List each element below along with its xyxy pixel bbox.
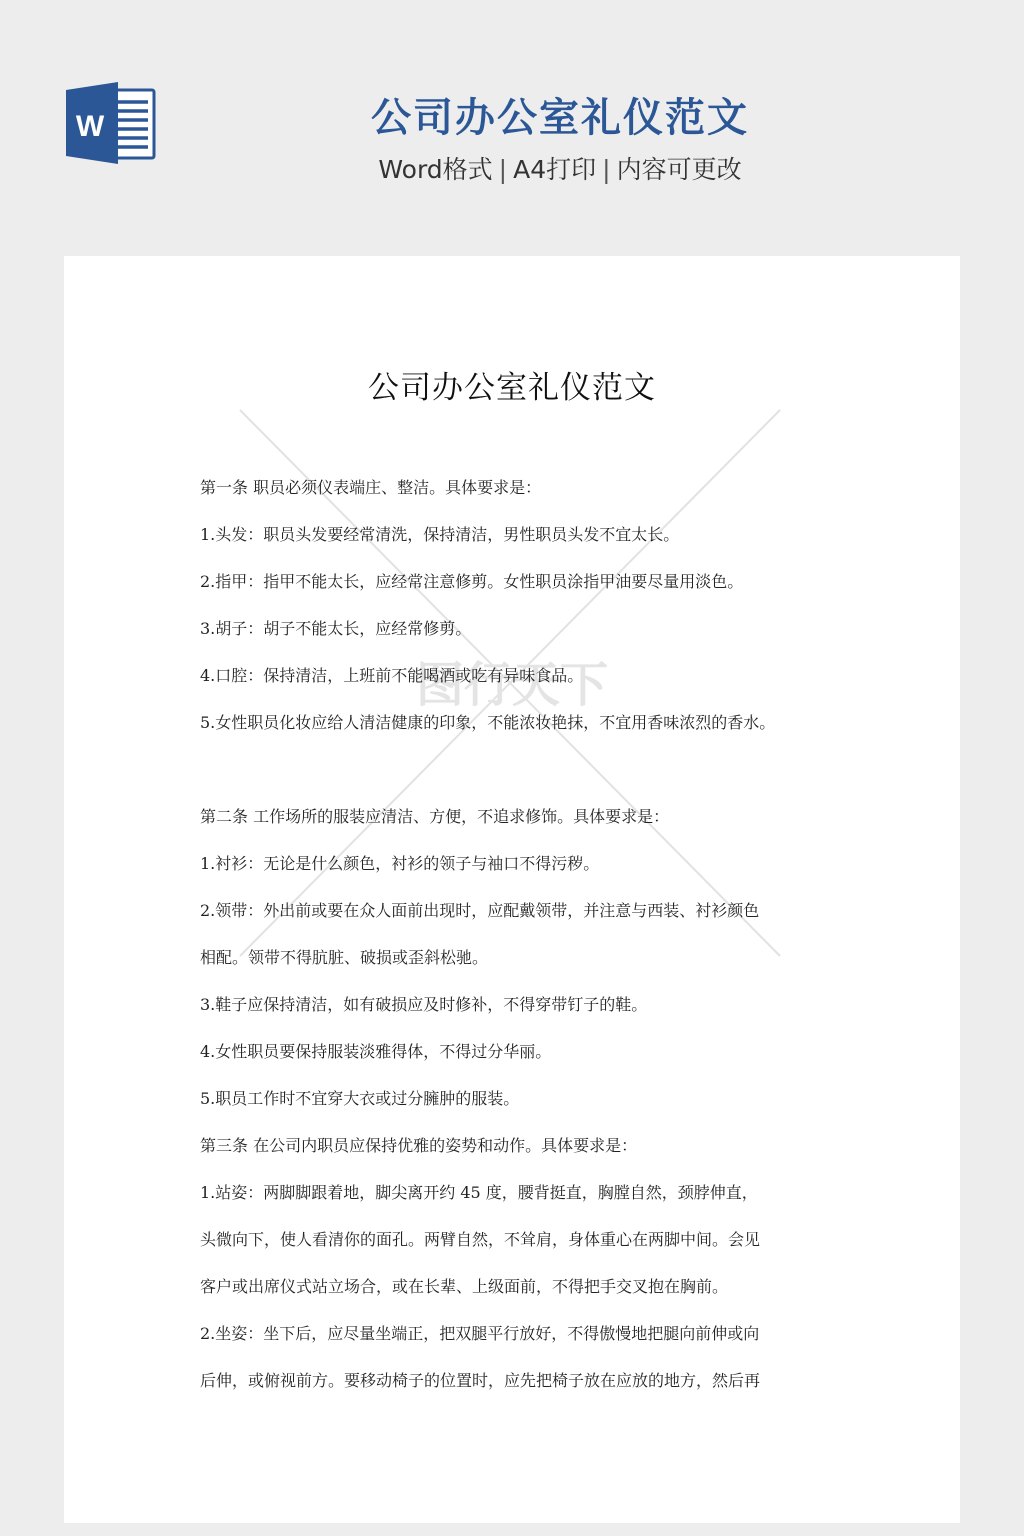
paragraph: 相配。领带不得肮脏、破损或歪斜松驰。 [200, 934, 830, 981]
separator: | [499, 155, 507, 184]
paragraph: 4.口腔：保持清洁，上班前不能喝酒或吃有异味食品。 [200, 652, 830, 699]
blank-line [200, 746, 830, 793]
svg-text:W: W [76, 110, 105, 143]
paragraph: 1.站姿：两脚脚跟着地，脚尖离开约 45 度，腰背挺直，胸膛自然，颈脖伸直， [200, 1169, 830, 1216]
document-page: 图行天下 公司办公室礼仪范文 第一条 职员必须仪表端庄、整洁。具体要求是： 1.… [64, 256, 960, 1523]
paragraph: 4.女性职员要保持服装淡雅得体，不得过分华丽。 [200, 1028, 830, 1075]
banner-title: 公司办公室礼仪范文 [300, 92, 820, 144]
banner-subtitle: Word格式|A4打印|内容可更改 [300, 152, 820, 188]
document-title: 公司办公室礼仪范文 [64, 366, 960, 410]
paragraph: 2.坐姿：坐下后，应尽量坐端正，把双腿平行放好，不得傲慢地把腿向前伸或向 [200, 1310, 830, 1357]
paragraph: 5.女性职员化妆应给人清洁健康的印象，不能浓妆艳抹，不宜用香味浓烈的香水。 [200, 699, 830, 746]
paragraph: 2.领带：外出前或要在众人面前出现时，应配戴领带，并注意与西装、衬衫颜色 [200, 887, 830, 934]
word-icon: W [64, 80, 158, 166]
paragraph: 3.胡子：胡子不能太长，应经常修剪。 [200, 605, 830, 652]
separator: | [602, 155, 610, 184]
paragraph: 头微向下，使人看清你的面孔。两臂自然，不耸肩，身体重心在两脚中间。会见 [200, 1216, 830, 1263]
section-heading: 第二条 工作场所的服装应清洁、方便，不追求修饰。具体要求是： [200, 793, 830, 840]
print-label: A4打印 [513, 155, 596, 184]
document-body: 第一条 职员必须仪表端庄、整洁。具体要求是： 1.头发：职员头发要经常清洗，保持… [200, 464, 830, 1404]
paragraph: 客户或出席仪式站立场合，或在长辈、上级面前，不得把手交叉抱在胸前。 [200, 1263, 830, 1310]
paragraph: 后伸，或俯视前方。要移动椅子的位置时，应先把椅子放在应放的地方，然后再 [200, 1357, 830, 1404]
paragraph: 3.鞋子应保持清洁，如有破损应及时修补，不得穿带钉子的鞋。 [200, 981, 830, 1028]
paragraph: 1.衬衫：无论是什么颜色，衬衫的领子与袖口不得污秽。 [200, 840, 830, 887]
paragraph: 2.指甲：指甲不能太长，应经常注意修剪。女性职员涂指甲油要尽量用淡色。 [200, 558, 830, 605]
banner-header: W 公司办公室礼仪范文 Word格式|A4打印|内容可更改 [0, 0, 1024, 256]
editable-label: 内容可更改 [617, 155, 742, 184]
format-label: Word格式 [378, 155, 492, 184]
section-heading: 第三条 在公司内职员应保持优雅的姿势和动作。具体要求是： [200, 1122, 830, 1169]
paragraph: 1.头发：职员头发要经常清洗，保持清洁，男性职员头发不宜太长。 [200, 511, 830, 558]
paragraph: 5.职员工作时不宜穿大衣或过分臃肿的服装。 [200, 1075, 830, 1122]
section-heading: 第一条 职员必须仪表端庄、整洁。具体要求是： [200, 464, 830, 511]
